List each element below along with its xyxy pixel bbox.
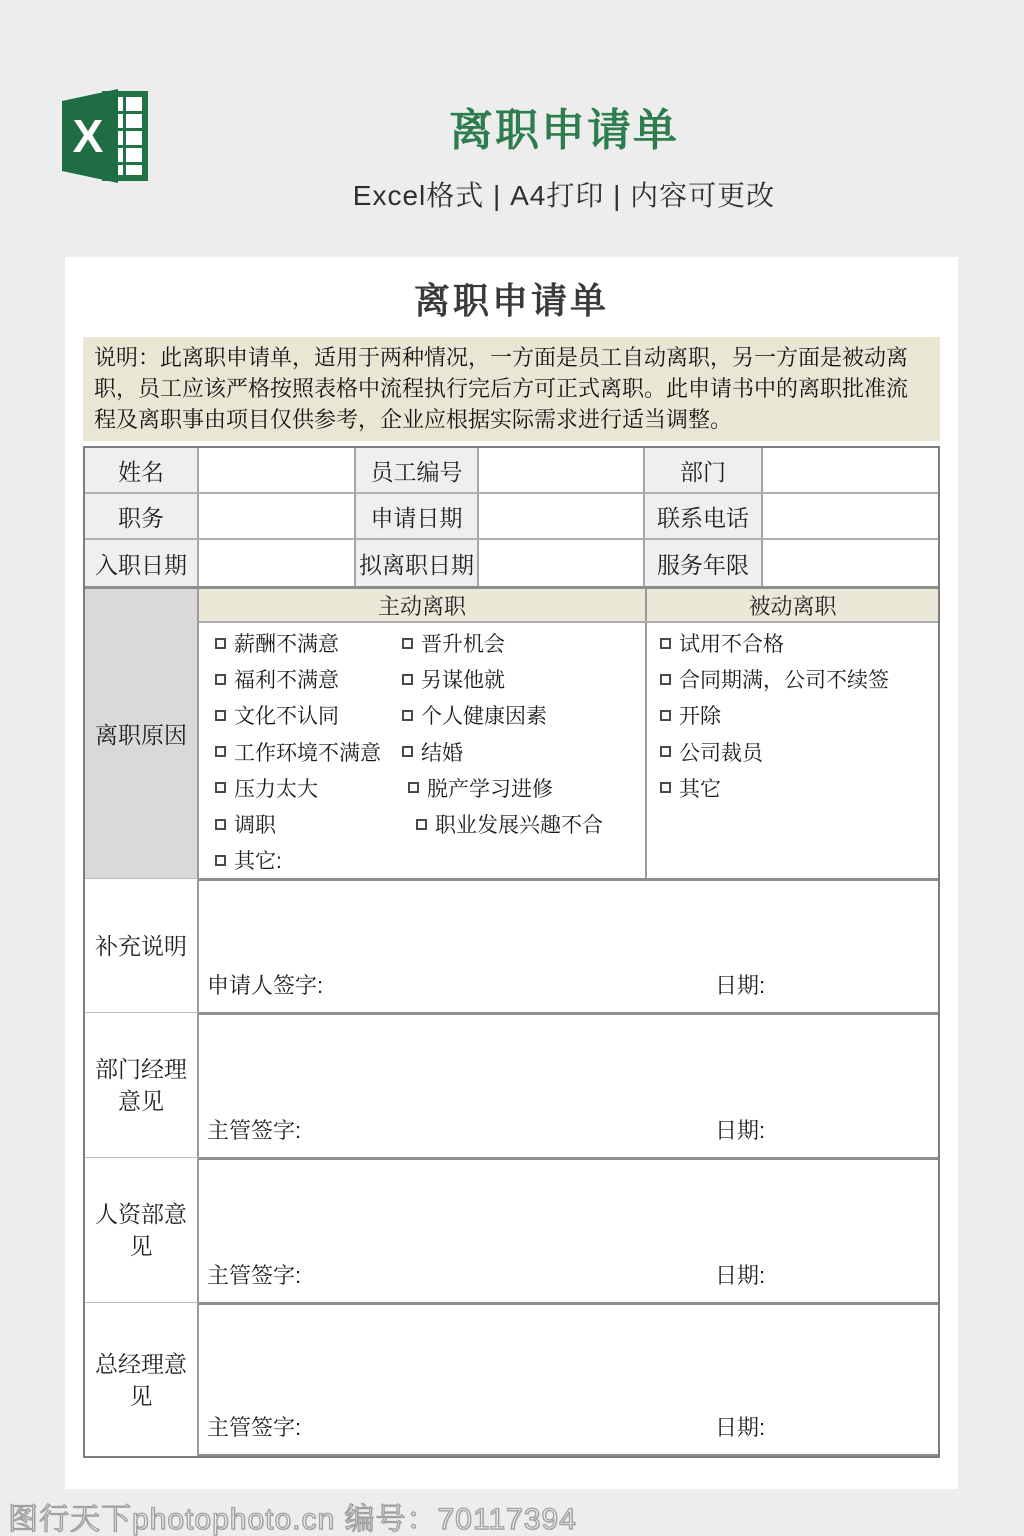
applicant-signature-label: 申请人签字:: [207, 969, 323, 1000]
checkbox-icon: [416, 819, 427, 830]
checkbox-icon: [215, 746, 226, 757]
checkbox-icon: [660, 782, 671, 793]
checkbox-item[interactable]: 薪酬不满意: [215, 625, 402, 661]
checkbox-icon: [215, 638, 226, 649]
apply-date-value-cell[interactable]: [479, 494, 645, 540]
employee-id-label: 员工编号: [356, 448, 479, 494]
department-value-cell[interactable]: [763, 448, 938, 494]
active-col-2: 晋升机会 另谋他就 个人健康因素 结婚 脱产学习进修 职业发展兴趣不合: [402, 625, 645, 878]
checkbox-item[interactable]: 另谋他就: [402, 661, 645, 697]
section-dept-manager-opinion: 部门经理意见 主管签字: 日期:: [85, 1012, 938, 1157]
service-years-label: 服务年限: [645, 540, 763, 586]
page-subtitle: Excel格式 | A4打印 | 内容可更改: [104, 174, 1024, 214]
reason-header-row: 主动离职 被动离职: [199, 589, 938, 623]
contact-phone-label: 联系电话: [645, 494, 763, 540]
checkbox-item[interactable]: 其它:: [215, 842, 402, 878]
dept-manager-content-cell[interactable]: 主管签字: 日期:: [199, 1012, 938, 1157]
checkbox-item[interactable]: 职业发展兴趣不合: [416, 806, 645, 842]
hire-date-label: 入职日期: [85, 540, 199, 586]
checkbox-icon: [215, 782, 226, 793]
gm-content-cell[interactable]: 主管签字: 日期:: [199, 1302, 938, 1456]
hr-opinion-label: 人资部意见: [85, 1157, 199, 1302]
checkbox-item[interactable]: 脱产学习进修: [408, 770, 645, 806]
apply-date-label: 申请日期: [356, 494, 479, 540]
checkbox-item[interactable]: 压力太大: [215, 770, 402, 806]
checkbox-icon: [215, 819, 226, 830]
active-resign-options: 薪酬不满意 福利不满意 文化不认同 工作环境不满意 压力太大 调职 其它: 晋升…: [199, 623, 647, 880]
checkbox-icon: [408, 782, 419, 793]
document-card: 离职申请单 说明：此离职申请单，适用于两种情况，一方面是员工自动离职，另一方面是…: [65, 257, 958, 1489]
hr-content-cell[interactable]: 主管签字: 日期:: [199, 1157, 938, 1302]
checkbox-icon: [402, 746, 413, 757]
checkbox-icon: [660, 674, 671, 685]
checkbox-item[interactable]: 试用不合格: [660, 625, 938, 661]
date-label: 日期:: [715, 1411, 765, 1442]
section-gm-opinion: 总经理意见 主管签字: 日期:: [85, 1302, 938, 1456]
reason-row-label: 离职原因: [85, 589, 199, 878]
active-col-1: 薪酬不满意 福利不满意 文化不认同 工作环境不满意 压力太大 调职 其它:: [215, 625, 402, 878]
service-years-value-cell[interactable]: [763, 540, 938, 586]
passive-resign-header: 被动离职: [647, 589, 938, 621]
table-row: 姓名 员工编号 部门: [85, 448, 938, 494]
reason-body: 主动离职 被动离职 薪酬不满意 福利不满意 文化不认同 工作环境不满意 压力太大…: [199, 589, 938, 878]
supplement-label: 补充说明: [85, 878, 199, 1012]
checkbox-item[interactable]: 合同期满，公司不续签: [660, 661, 938, 697]
svg-text:X: X: [73, 110, 104, 162]
checkbox-icon: [402, 710, 413, 721]
department-label: 部门: [645, 448, 763, 494]
checkbox-icon: [215, 855, 226, 866]
checkbox-icon: [402, 674, 413, 685]
checkbox-item[interactable]: 公司裁员: [660, 734, 938, 770]
name-label: 姓名: [85, 448, 199, 494]
name-value-cell[interactable]: [199, 448, 356, 494]
form-title: 离职申请单: [65, 257, 958, 324]
contact-phone-value-cell[interactable]: [763, 494, 938, 540]
checkbox-item[interactable]: 工作环境不满意: [215, 734, 402, 770]
checkbox-icon: [660, 710, 671, 721]
reason-options: 薪酬不满意 福利不满意 文化不认同 工作环境不满意 压力太大 调职 其它: 晋升…: [199, 623, 938, 878]
checkbox-item[interactable]: 调职: [215, 806, 402, 842]
checkbox-item[interactable]: 其它: [660, 770, 938, 806]
dept-manager-opinion-label: 部门经理意见: [85, 1012, 199, 1157]
form-table: 姓名 员工编号 部门 职务 申请日期 联系电话 入职日期 拟离职日期 服务年限 …: [83, 446, 940, 1458]
watermark: 图行天下photophoto.cn 编号：70117394: [8, 1494, 577, 1536]
supervisor-signature-label: 主管签字:: [207, 1411, 301, 1442]
date-label: 日期:: [715, 1259, 765, 1290]
supervisor-signature-label: 主管签字:: [207, 1259, 301, 1290]
checkbox-item[interactable]: 晋升机会: [402, 625, 645, 661]
checkbox-icon: [215, 710, 226, 721]
form-description: 说明：此离职申请单，适用于两种情况，一方面是员工自动离职，另一方面是被动离职，员…: [83, 337, 940, 441]
planned-leave-date-label: 拟离职日期: [356, 540, 479, 586]
page-header: 离职申请单 Excel格式 | A4打印 | 内容可更改: [104, 94, 1024, 214]
date-label: 日期:: [715, 969, 765, 1000]
position-label: 职务: [85, 494, 199, 540]
checkbox-item[interactable]: 文化不认同: [215, 697, 402, 733]
employee-id-value-cell[interactable]: [479, 448, 645, 494]
passive-resign-options: 试用不合格 合同期满，公司不续签 开除 公司裁员 其它: [647, 623, 938, 880]
position-value-cell[interactable]: [199, 494, 356, 540]
active-resign-header: 主动离职: [199, 589, 647, 621]
planned-leave-date-value-cell[interactable]: [479, 540, 645, 586]
checkbox-item[interactable]: 福利不满意: [215, 661, 402, 697]
table-row: 入职日期 拟离职日期 服务年限: [85, 540, 938, 586]
checkbox-icon: [215, 674, 226, 685]
section-hr-opinion: 人资部意见 主管签字: 日期:: [85, 1157, 938, 1302]
hire-date-value-cell[interactable]: [199, 540, 356, 586]
supplement-content-cell[interactable]: 申请人签字: 日期:: [199, 878, 938, 1012]
checkbox-icon: [660, 746, 671, 757]
checkbox-icon: [660, 638, 671, 649]
date-label: 日期:: [715, 1114, 765, 1145]
checkbox-item[interactable]: 个人健康因素: [402, 697, 645, 733]
reason-block: 离职原因 主动离职 被动离职 薪酬不满意 福利不满意 文化不认同 工作环境不满意…: [85, 586, 938, 878]
section-supplement: 补充说明 申请人签字: 日期:: [85, 878, 938, 1012]
supervisor-signature-label: 主管签字:: [207, 1114, 301, 1145]
page-title: 离职申请单: [104, 94, 1024, 158]
checkbox-icon: [402, 638, 413, 649]
checkbox-item[interactable]: 结婚: [402, 734, 645, 770]
gm-opinion-label: 总经理意见: [85, 1302, 199, 1456]
checkbox-item[interactable]: 开除: [660, 697, 938, 733]
table-row: 职务 申请日期 联系电话: [85, 494, 938, 540]
